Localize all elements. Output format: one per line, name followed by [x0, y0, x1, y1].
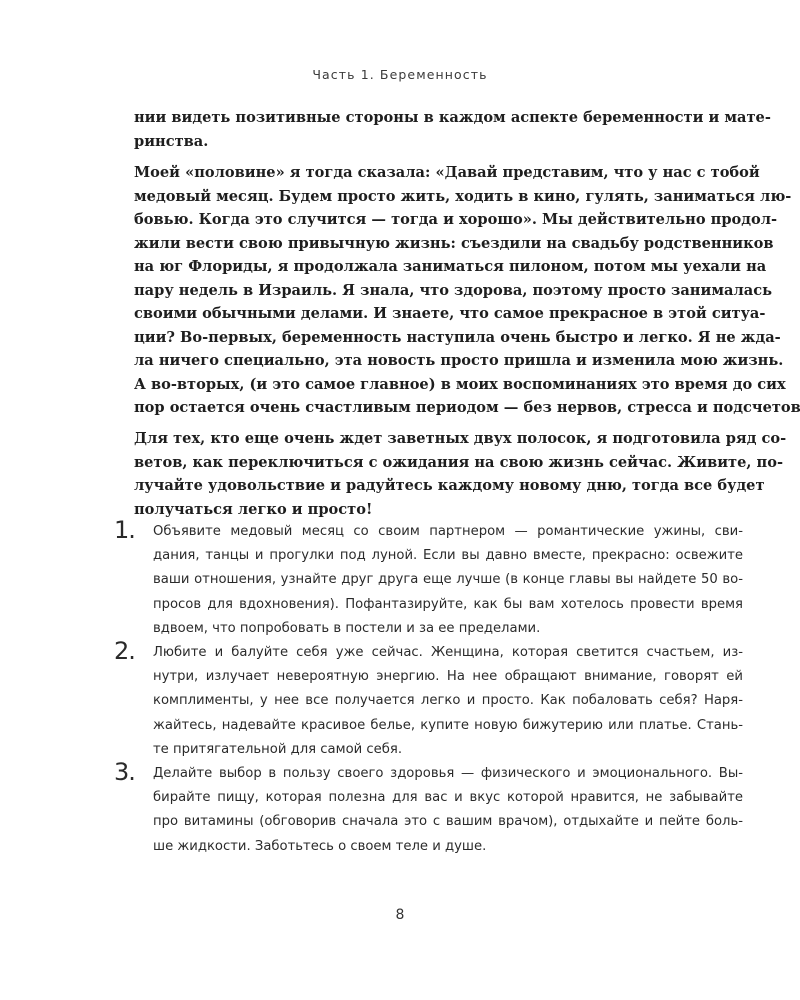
text-line: А во-вторых, (и это самое главное) в мои…: [134, 373, 744, 397]
text-line: лучайте удовольствие и радуйтесь каждому…: [134, 474, 744, 498]
text-line: про витамины (обговорив сначала это с ва…: [153, 810, 743, 834]
text-line: дания, танцы и прогулки под луной. Если …: [153, 544, 743, 568]
list-number: 1.: [114, 516, 135, 544]
page-number: 8: [0, 907, 800, 923]
text-line: ринства.: [134, 130, 744, 154]
text-line: просов для вдохновения). Пофантазируйте,…: [153, 593, 743, 617]
list-item-body: Любите и балуйте себя уже сейчас. Женщин…: [153, 641, 743, 762]
text-line: жайтесь, надевайте красивое белье, купит…: [153, 714, 743, 738]
text-line: ше жидкости. Заботьтесь о своем теле и д…: [153, 835, 743, 859]
text-line: Делайте выбор в пользу своего здоровья —…: [153, 762, 743, 786]
text-line: ла ничего специально, эта новость просто…: [134, 349, 744, 373]
text-line: нии видеть позитивные стороны в каждом а…: [134, 106, 744, 130]
text-line: пор остается очень счастливым периодом —…: [134, 396, 744, 420]
text-line: ветов, как переключиться с ожидания на с…: [134, 451, 744, 475]
paragraph-honeymoon: Моей «половине» я тогда сказала: «Давай …: [134, 161, 744, 420]
text-line: Для тех, кто еще очень ждет заветных дву…: [134, 427, 744, 451]
text-line: вдвоем, что попробовать в постели и за е…: [153, 617, 743, 641]
text-line: те притягательной для самой себя.: [153, 738, 743, 762]
text-line: ции? Во-первых, беременность наступила о…: [134, 326, 744, 350]
text-line: нутри, излучает невероятную энергию. На …: [153, 665, 743, 689]
text-line: на юг Флориды, я продолжала заниматься п…: [134, 255, 744, 279]
list-item-body: Объявите медовый месяц со своим партнеро…: [153, 520, 743, 641]
text-line: Моей «половине» я тогда сказала: «Давай …: [134, 161, 744, 185]
text-line: Объявите медовый месяц со своим партнеро…: [153, 520, 743, 544]
text-line: комплименты, у нее все получается легко …: [153, 689, 743, 713]
text-line: медовый месяц. Будем просто жить, ходить…: [134, 185, 744, 209]
text-line: своими обычными делами. И знаете, что са…: [134, 302, 744, 326]
text-line: бирайте пищу, которая полезна для вас и …: [153, 786, 743, 810]
text-line: Любите и балуйте себя уже сейчас. Женщин…: [153, 641, 743, 665]
running-head: Часть 1. Беременность: [0, 67, 800, 82]
text-line: бовью. Когда это случится — тогда и хоро…: [134, 208, 744, 232]
paragraph-advice-intro: Для тех, кто еще очень ждет заветных дву…: [134, 427, 744, 521]
list-item-body: Делайте выбор в пользу своего здоровья —…: [153, 762, 743, 859]
list-number: 2.: [114, 637, 135, 665]
list-number: 3.: [114, 758, 135, 786]
text-line: пару недель в Израиль. Я знала, что здор…: [134, 279, 744, 303]
text-line: ваши отношения, узнайте друг друга еще л…: [153, 568, 743, 592]
text-line: получаться легко и просто!: [134, 498, 744, 522]
paragraph-continuation: нии видеть позитивные стороны в каждом а…: [134, 106, 744, 153]
text-line: жили вести свою привычную жизнь: съездил…: [134, 232, 744, 256]
